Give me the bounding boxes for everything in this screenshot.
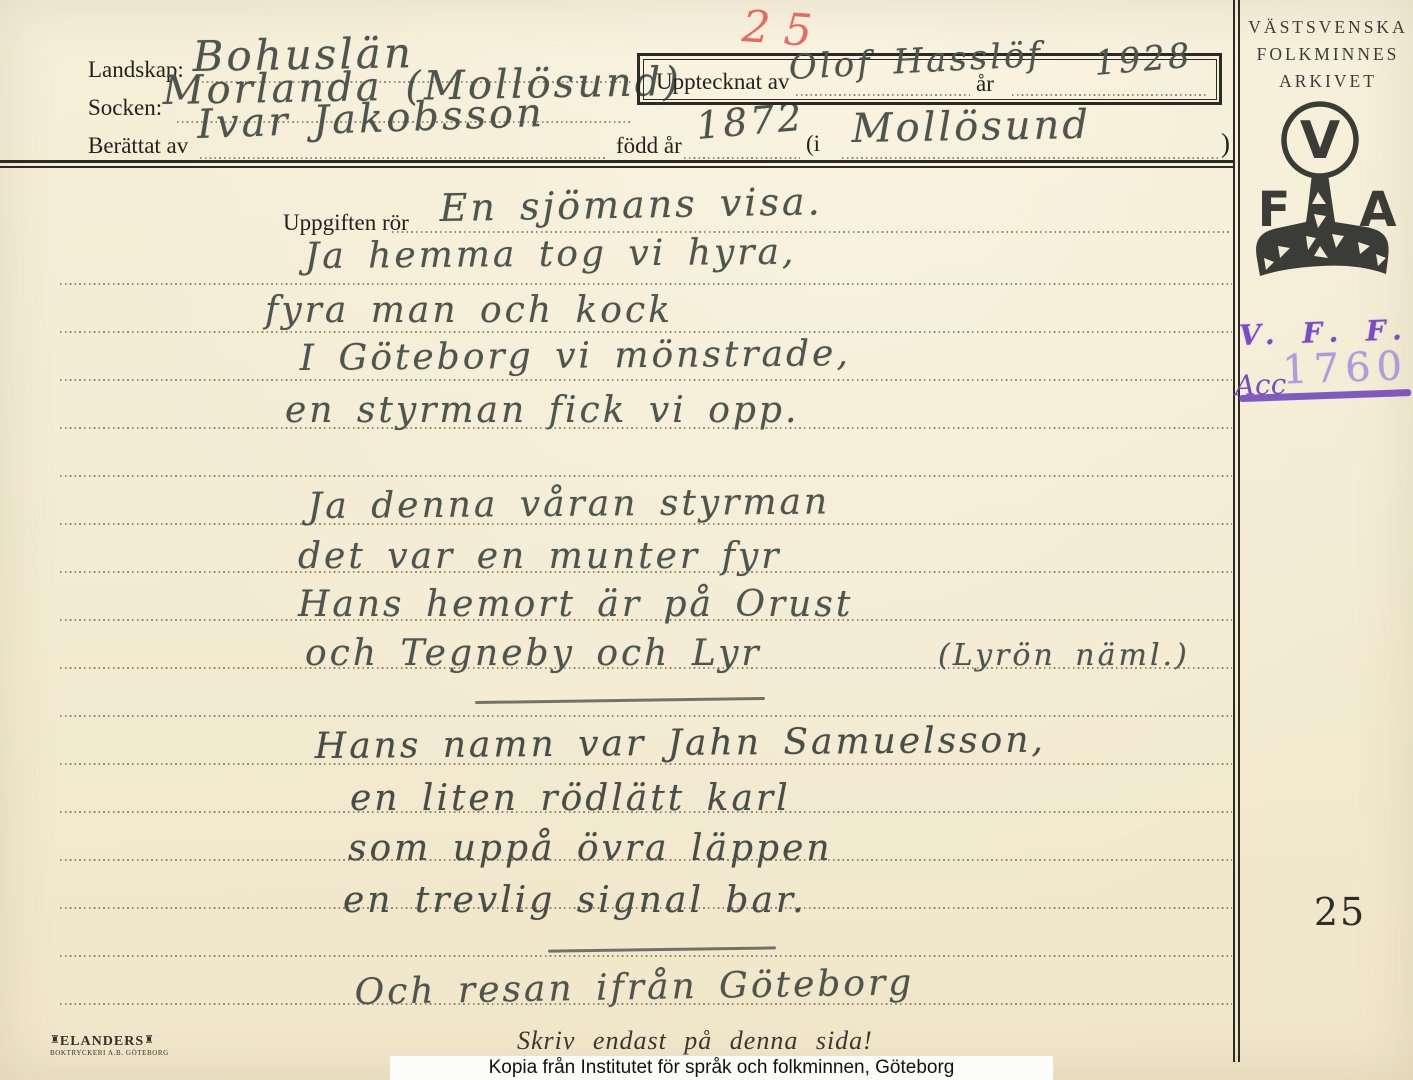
ruled-line xyxy=(60,715,1232,717)
song-line: det var en munter fyr xyxy=(298,536,781,577)
logo-letter-a: A xyxy=(1359,182,1396,238)
born-year-rule xyxy=(684,157,800,159)
ruled-line xyxy=(60,475,1232,477)
song-line: Ja denna våran styrman xyxy=(308,481,831,527)
margin-divider-right xyxy=(1238,0,1240,1062)
upptecknat-label: Upptecknat av xyxy=(656,69,789,95)
berattat-label: Berättat av xyxy=(88,133,188,159)
printer-subtitle: BOKTRYCKERI A.B. GÖTEBORG xyxy=(50,1048,169,1059)
archive-name: VÄSTSVENSKA FOLKMINNES ARKIVET xyxy=(1243,14,1413,95)
header-divider-bottom xyxy=(0,166,1233,168)
record-year-rule xyxy=(1012,94,1208,96)
song-line: fyra man och kock xyxy=(265,290,673,331)
logo-letter-f: F xyxy=(1258,182,1291,238)
ruled-line xyxy=(60,955,1232,957)
copy-credit-strip: Kopia från Institutet för språk och folk… xyxy=(390,1056,1053,1080)
archive-record-card: Landskap: Socken: Berättat av född år (i… xyxy=(0,0,1413,1080)
printer-ornament-icon: ♜ xyxy=(50,1034,60,1046)
margin-divider-left xyxy=(1233,0,1235,1062)
stanza-underline xyxy=(475,697,765,704)
born-year-label: född år xyxy=(616,133,682,159)
archive-name-line: FOLKMINNES xyxy=(1243,41,1413,68)
vff-accession-stamp: V. F. F. 1760 Acc xyxy=(1236,313,1413,411)
thors-hammer-logo-icon: V F A xyxy=(1246,96,1406,308)
berattat-rule xyxy=(200,157,608,159)
born-place-close-paren: ) xyxy=(1221,128,1230,159)
copy-credit-text: Kopia från Institutet för språk och folk… xyxy=(489,1057,955,1079)
printer-name: ELANDERS xyxy=(60,1034,144,1049)
archive-name-line: VÄSTSVENSKA xyxy=(1243,14,1413,41)
song-line: en trevlig signal bar. xyxy=(343,880,807,921)
header-divider-top xyxy=(0,160,1233,163)
stamp-number: 1760 xyxy=(1281,343,1408,393)
song-line: en styrman fick vi opp. xyxy=(285,390,799,431)
socken-label: Socken: xyxy=(88,95,162,121)
uppgiften-label: Uppgiften rör xyxy=(283,210,409,236)
song-line: Hans hemort är på Orust xyxy=(298,584,853,625)
logo-letter-v: V xyxy=(1300,111,1340,171)
recorder-rule xyxy=(796,94,970,96)
song-line: och Tegneby och Lyr xyxy=(305,633,762,674)
song-line: Ja hemma tog vi hyra, xyxy=(305,232,797,277)
page-number: 25 xyxy=(1298,890,1382,934)
stanza-underline xyxy=(548,946,776,952)
record-year-value: 1928 xyxy=(1093,36,1195,84)
song-annotation: (Lyrön näml.) xyxy=(938,638,1190,673)
write-only-notice: Skriv endast på denna sida! xyxy=(517,1026,873,1056)
ruled-line xyxy=(60,331,1232,333)
uppgiften-value: En sjömans visa. xyxy=(439,179,823,230)
song-line: Och resan ifrån Göteborg xyxy=(354,962,914,1013)
printer-mark: ♜ELANDERS♜ BOKTRYCKERI A.B. GÖTEBORG xyxy=(50,1035,169,1059)
archive-name-line: ARKIVET xyxy=(1243,68,1413,95)
born-place-open-paren: (i xyxy=(806,131,820,157)
born-place-value: Mollösund xyxy=(851,102,1091,152)
song-line: som uppå övra läppen xyxy=(348,828,833,869)
song-line: I Göteborg vi mönstrade, xyxy=(300,333,851,379)
song-line: Hans namn var Jahn Samuelsson, xyxy=(315,720,1046,767)
ruled-line xyxy=(60,283,1232,285)
song-line: en liten rödlätt karl xyxy=(350,778,791,819)
ruled-line xyxy=(60,379,1232,381)
born-place-rule xyxy=(842,157,1220,159)
printer-ornament-icon: ♜ xyxy=(144,1034,154,1046)
uppgiften-rule xyxy=(392,231,1232,233)
